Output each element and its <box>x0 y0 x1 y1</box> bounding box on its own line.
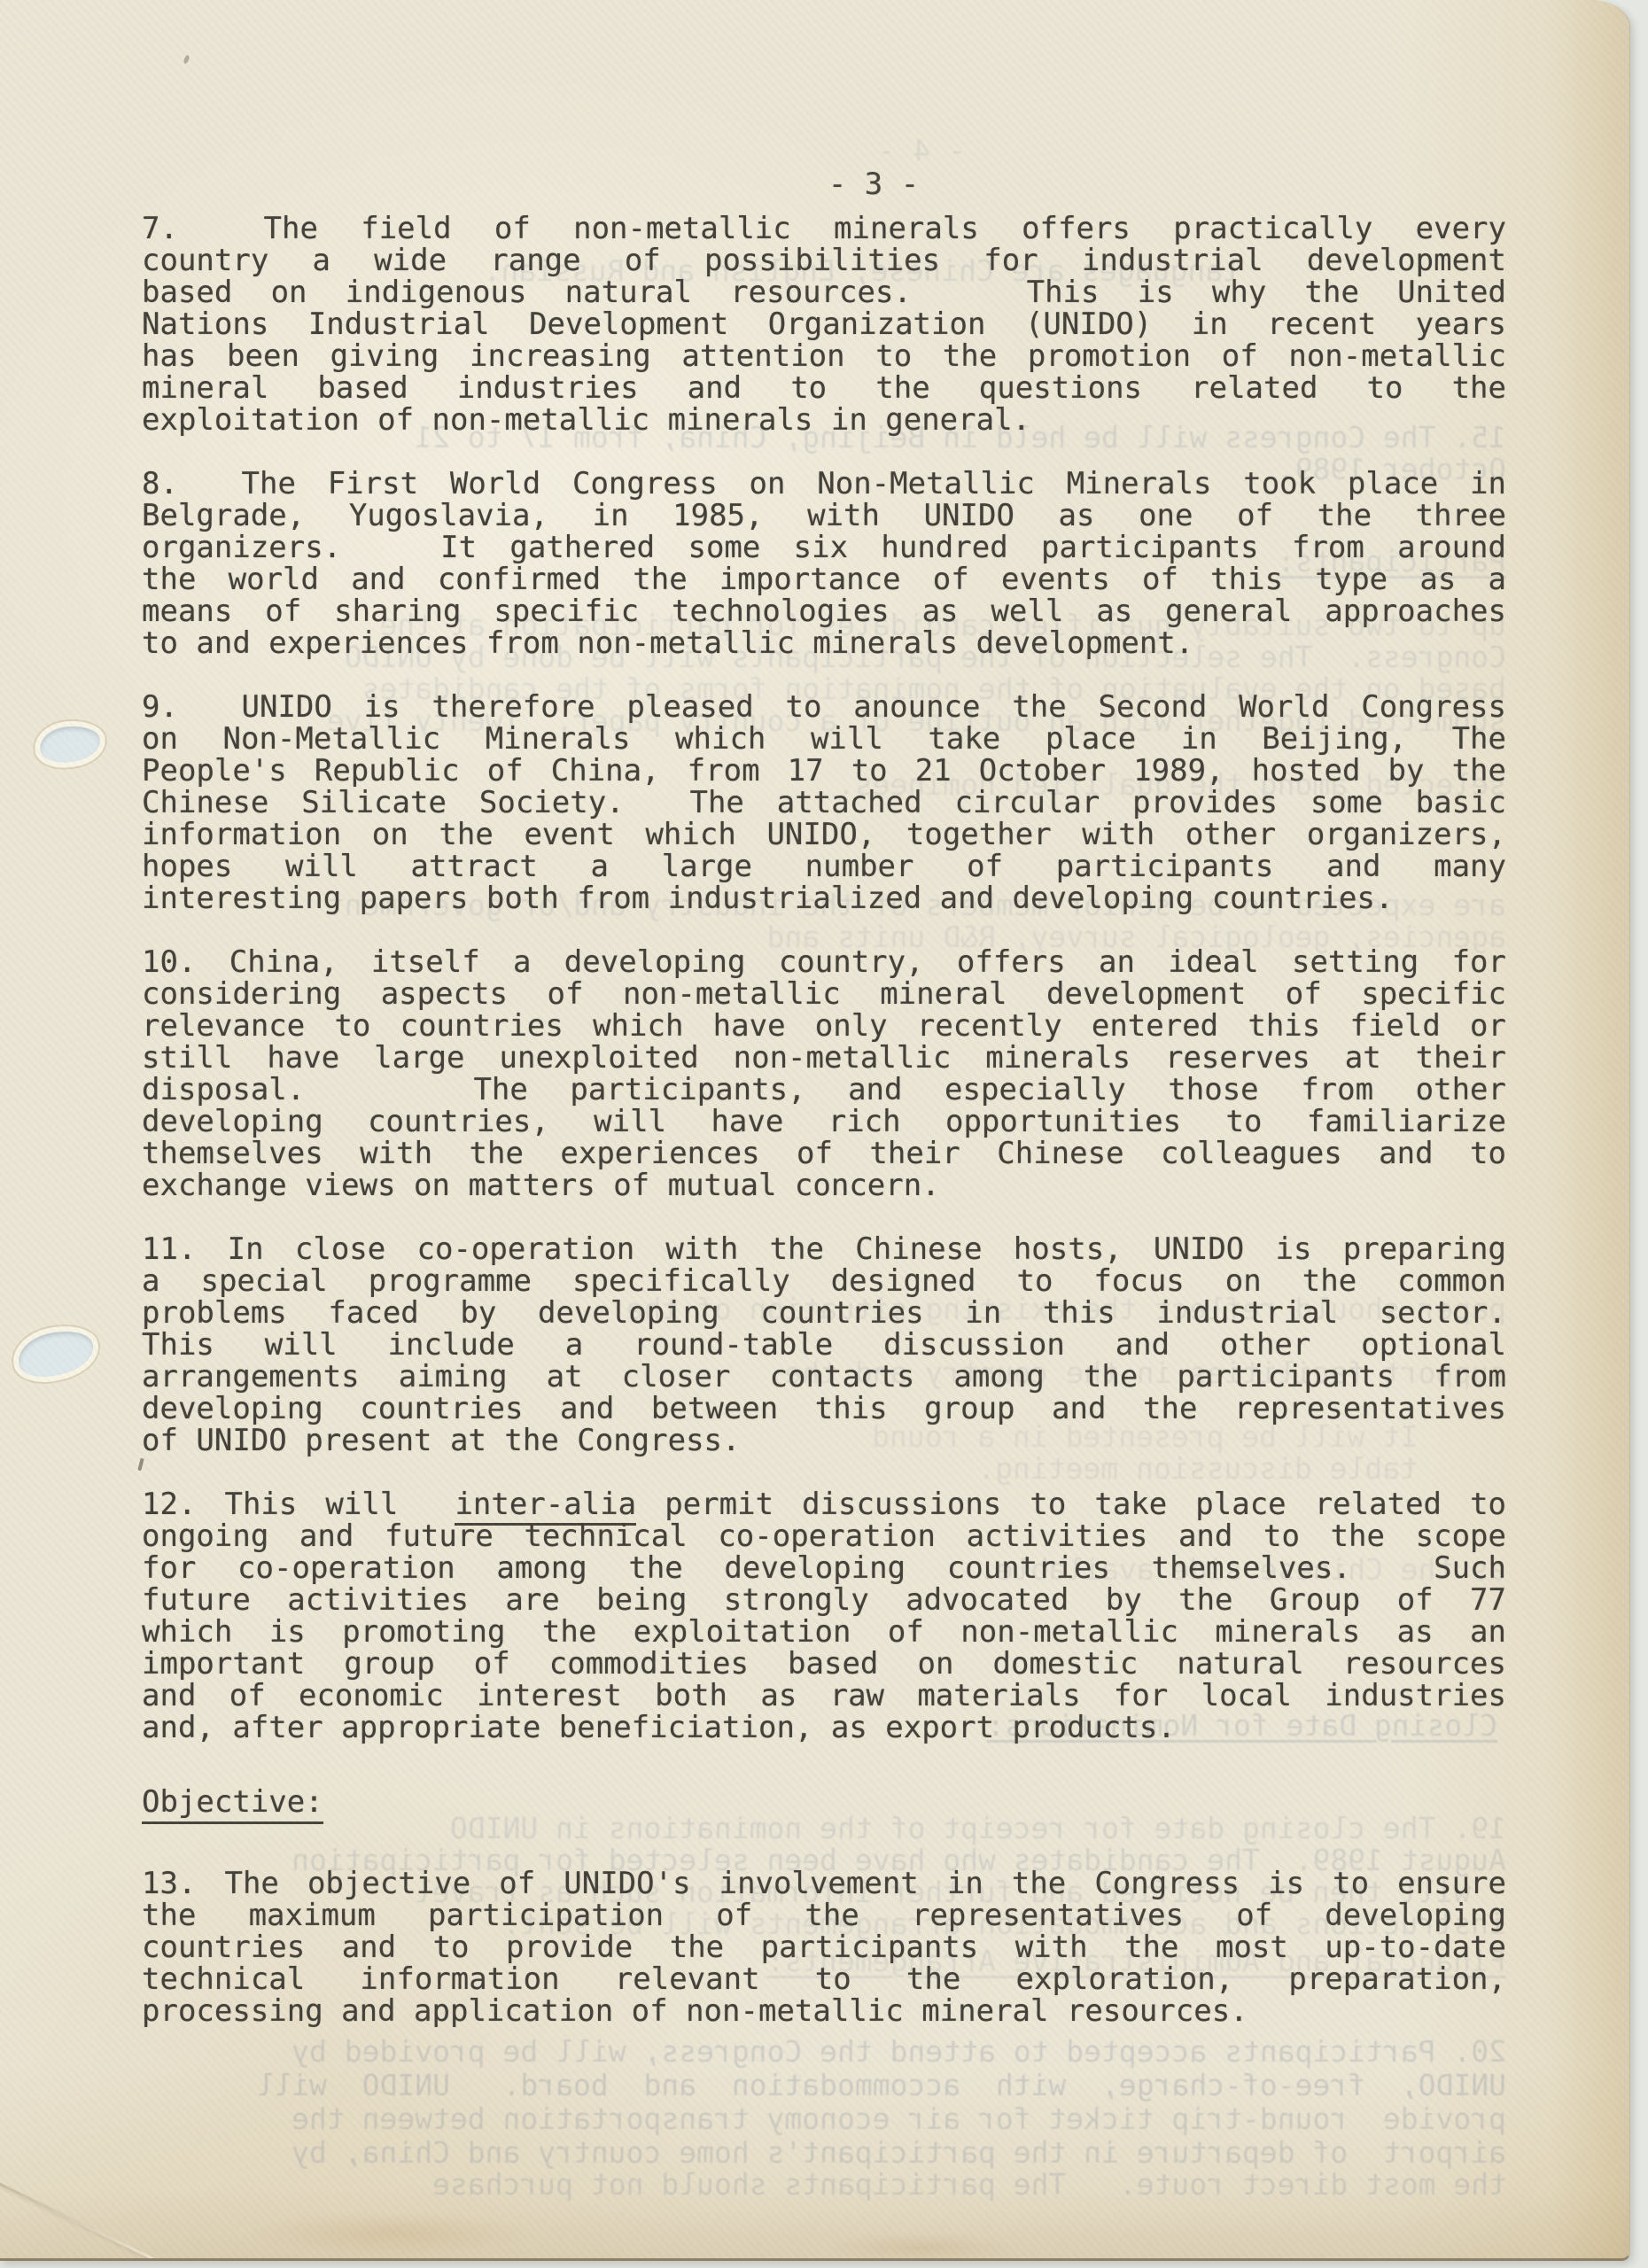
text-line: People's Republic of China, from 17 to 2… <box>142 755 1506 787</box>
text-line: exchange views on matters of mutual conc… <box>142 1169 1506 1201</box>
ink-speck <box>183 54 190 64</box>
page-number: - 3 - <box>191 168 1556 200</box>
text-line: countries and to provide the participant… <box>142 1931 1506 1963</box>
paragraph: 7. The field of non-metallic minerals of… <box>142 213 1506 436</box>
text-line: hopes will attract a large number of par… <box>142 850 1506 882</box>
text-line: developing countries and between this gr… <box>142 1393 1506 1425</box>
text-line: 7. The field of non-metallic minerals of… <box>142 213 1506 245</box>
text-line: means of sharing specific technologies a… <box>142 595 1506 627</box>
bleedthrough-line: airport of departure in the participant'… <box>142 2137 1506 2169</box>
text-line: based on indigenous natural resources. T… <box>142 276 1506 308</box>
bleedthrough-line: UNIDO, free-of-charge, with accommodatio… <box>142 2070 1506 2101</box>
bottom-left-crease <box>0 2178 161 2261</box>
paragraph: 12. This will inter-alia permit discussi… <box>142 1488 1506 1744</box>
text-line: organizers. It gathered some six hundred… <box>142 532 1506 563</box>
text-line: processing and application of non-metall… <box>142 1995 1506 2027</box>
text-line: themselves with the experiences of their… <box>142 1138 1506 1169</box>
text-line: considering aspects of non-metallic mine… <box>142 978 1506 1010</box>
text-line: the world and confirmed the importance o… <box>142 563 1506 595</box>
text-line: and of economic interest both as raw mat… <box>142 1680 1506 1712</box>
text-line: which is promoting the exploitation of n… <box>142 1616 1506 1648</box>
text-line: to and experiences from non-metallic min… <box>142 627 1506 659</box>
text-line: information on the event which UNIDO, to… <box>142 819 1506 850</box>
text-line: ongoing and future technical co-operatio… <box>142 1520 1506 1552</box>
text-line: 9. UNIDO is therefore pleased to anounce… <box>142 691 1506 723</box>
text-line: 11. In close co-operation with the Chine… <box>142 1233 1506 1265</box>
text-line: 10. China, itself a developing country, … <box>142 946 1506 978</box>
text-line: problems faced by developing countries i… <box>142 1297 1506 1329</box>
text-line: important group of commodities based on … <box>142 1648 1506 1680</box>
document-body: 7. The field of non-metallic minerals of… <box>142 213 1506 2027</box>
paragraph: 11. In close co-operation with the Chine… <box>142 1233 1506 1456</box>
text-line: interesting papers both from industriali… <box>142 882 1506 914</box>
paragraph: 8. The First World Congress on Non-Metal… <box>142 468 1506 659</box>
bleedthrough-line: - 4 - <box>735 135 966 167</box>
text-line: relevance to countries which have only r… <box>142 1010 1506 1042</box>
bleedthrough-line: provide round-trip ticket for air econom… <box>142 2103 1506 2135</box>
bleedthrough-line: 20. Participants accepted to attend the … <box>177 2036 1506 2068</box>
text-line: arrangements aiming at closer contacts a… <box>142 1361 1506 1393</box>
text-line: country a wide range of possibilities fo… <box>142 245 1506 276</box>
text-line: the maximum participation of the represe… <box>142 1899 1506 1931</box>
text-line: mineral based industries and to the ques… <box>142 372 1506 404</box>
text-line: and, after appropriate beneficiation, as… <box>142 1712 1506 1744</box>
text-line: 12. This will inter-alia permit discussi… <box>142 1488 1506 1520</box>
text-line: exploitation of non-metallic minerals in… <box>142 404 1506 436</box>
paragraph: 10. China, itself a developing country, … <box>142 946 1506 1201</box>
text-line: Chinese Silicate Society. The attached c… <box>142 787 1506 819</box>
punch-hole-bottom <box>14 1325 97 1383</box>
text-line: has been giving increasing attention to … <box>142 340 1506 372</box>
text-line: a special programme specifically designe… <box>142 1265 1506 1297</box>
punch-hole-top <box>38 724 102 765</box>
text-line: developing countries, will have rich opp… <box>142 1106 1506 1138</box>
scanned-document: - 4 -languages are Chinese, English and … <box>0 0 1648 2268</box>
text-line: technical information relevant to the ex… <box>142 1963 1506 1995</box>
text-line: 13. The objective of UNIDO's involvement… <box>142 1868 1506 1899</box>
paragraph: 9. UNIDO is therefore pleased to anounce… <box>142 691 1506 914</box>
text-line: Nations Industrial Development Organizat… <box>142 308 1506 340</box>
paper-stain <box>824 2233 1019 2261</box>
text-line: on Non-Metallic Minerals which will take… <box>142 723 1506 755</box>
paper-stain <box>248 2210 540 2256</box>
text-line: for co-operation among the developing co… <box>142 1552 1506 1584</box>
text-line: of UNIDO present at the Congress. <box>142 1425 1506 1456</box>
bleedthrough-line: the most direct route. The participants … <box>142 2169 1506 2201</box>
text-line: This will include a round-table discussi… <box>142 1329 1506 1361</box>
paper-sheet: - 4 -languages are Chinese, English and … <box>0 0 1630 2261</box>
text-line: future activities are being strongly adv… <box>142 1584 1506 1616</box>
text-line: disposal. The participants, and especial… <box>142 1074 1506 1106</box>
section-heading: Objective: <box>142 1786 1506 1818</box>
paragraph: 13. The objective of UNIDO's involvement… <box>142 1868 1506 2027</box>
text-line: still have large unexploited non-metalli… <box>142 1042 1506 1074</box>
text-line: Belgrade, Yugoslavia, in 1985, with UNID… <box>142 500 1506 532</box>
text-line: 8. The First World Congress on Non-Metal… <box>142 468 1506 500</box>
